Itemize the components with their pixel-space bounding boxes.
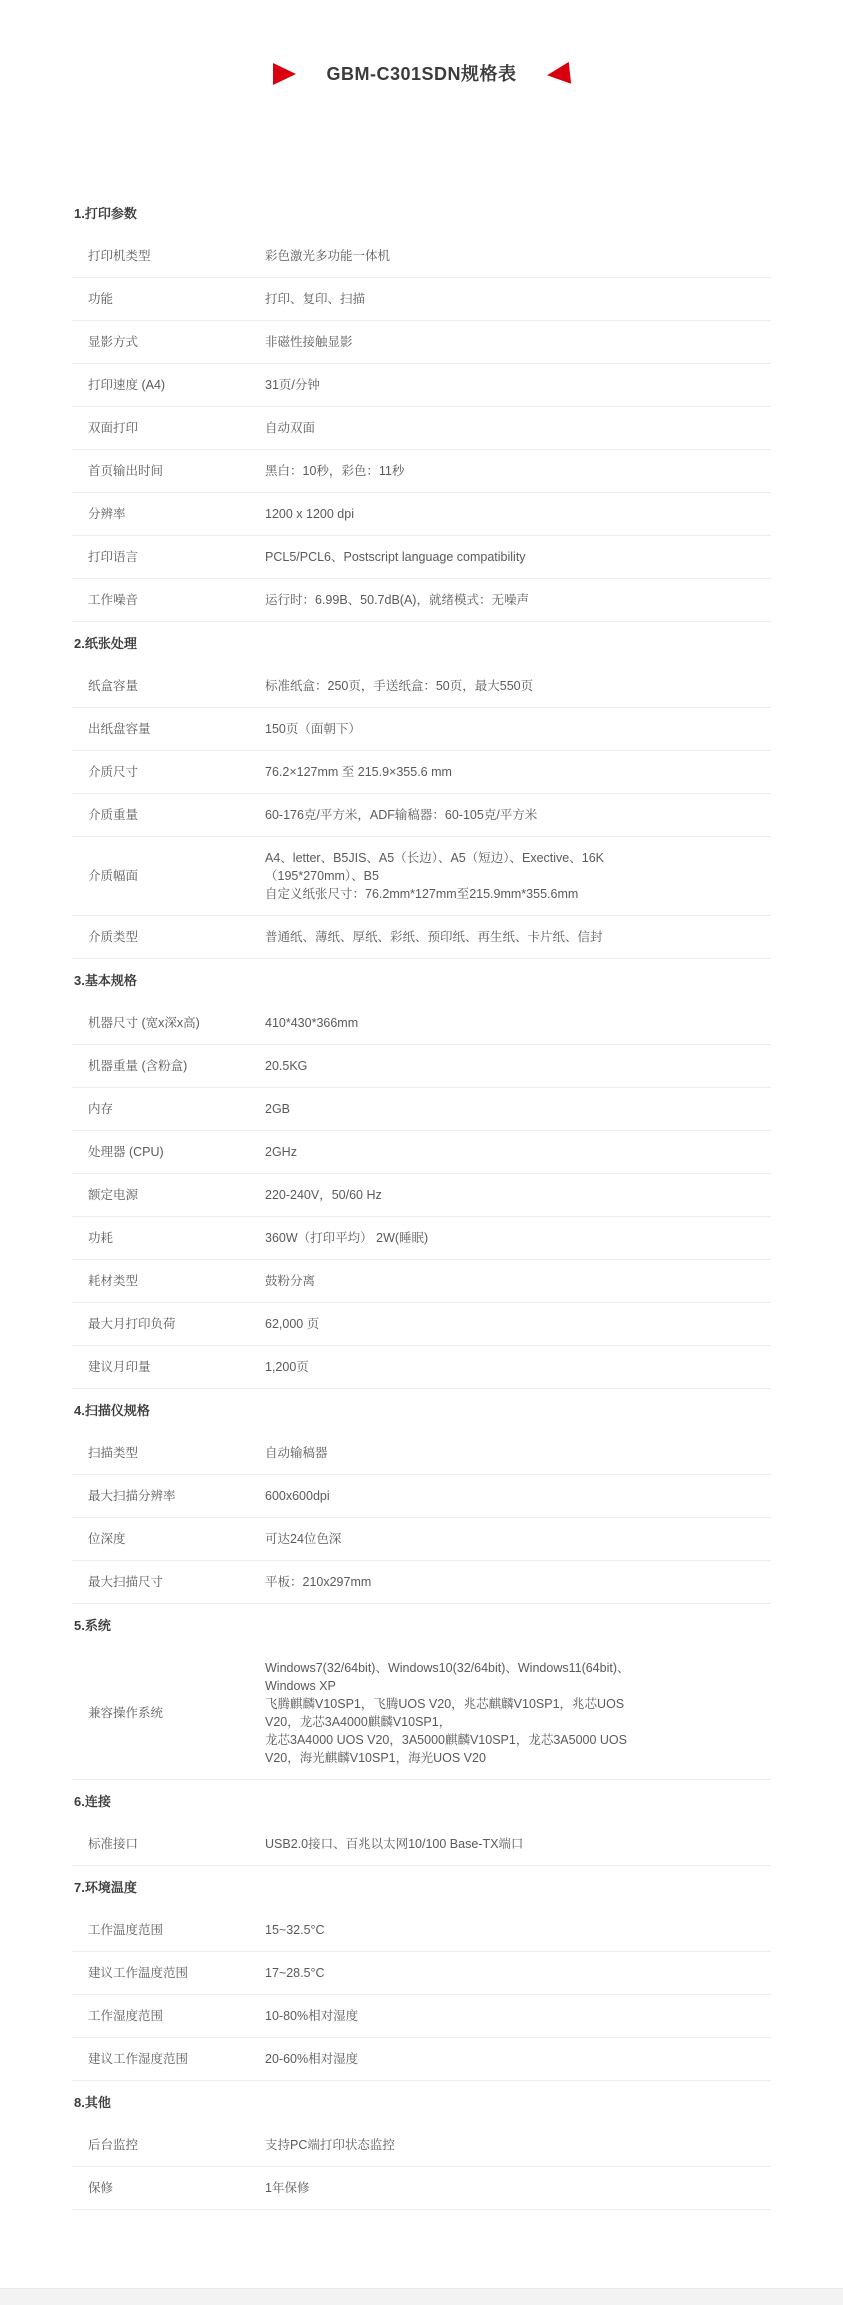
section-heading: 3.基本规格 xyxy=(72,959,771,1002)
spec-label: 打印机类型 xyxy=(72,247,265,265)
spec-value: 普通纸、薄纸、厚纸、彩纸、预印纸、再生纸、卡片纸、信封 xyxy=(265,928,771,946)
spec-label: 首页输出时间 xyxy=(72,462,265,480)
spec-value: 平板：210x297mm xyxy=(265,1573,771,1591)
spec-row: 功能 打印、复印、扫描 xyxy=(72,278,771,321)
spec-value: 410*430*366mm xyxy=(265,1014,771,1032)
spec-label: 耗材类型 xyxy=(72,1272,265,1290)
spec-value: 黑白：10秒，彩色：11秒 xyxy=(265,462,771,480)
spec-row: 纸盒容量 标准纸盒：250页，手送纸盒：50页，最大550页 xyxy=(72,665,771,708)
spec-label: 后台监控 xyxy=(72,2136,265,2154)
spec-label: 双面打印 xyxy=(72,419,265,437)
spec-row: 显影方式 非磁性接触显影 xyxy=(72,321,771,364)
spec-row: 建议工作温度范围 17~28.5°C xyxy=(72,1952,771,1995)
spec-value: 2GHz xyxy=(265,1143,771,1161)
spec-label: 功能 xyxy=(72,290,265,308)
spec-label: 位深度 xyxy=(72,1530,265,1548)
spec-row: 标准接口 USB2.0接口、百兆以太网10/100 Base-TX端口 xyxy=(72,1823,771,1866)
spec-row: 介质尺寸 76.2×127mm 至 215.9×355.6 mm xyxy=(72,751,771,794)
spec-row: 打印机类型 彩色激光多功能一体机 xyxy=(72,235,771,278)
spec-value: 220-240V，50/60 Hz xyxy=(265,1186,771,1204)
spec-value: 运行时：6.99B、50.7dB(A)，就绪模式：无噪声 xyxy=(265,591,771,609)
spec-row: 兼容操作系统 Windows7(32/64bit)、Windows10(32/6… xyxy=(72,1647,771,1780)
spec-label: 工作温度范围 xyxy=(72,1921,265,1939)
spec-row: 机器重量 (含粉盒) 20.5KG xyxy=(72,1045,771,1088)
spec-label: 工作噪音 xyxy=(72,591,265,609)
spec-label: 处理器 (CPU) xyxy=(72,1143,265,1161)
spec-label: 功耗 xyxy=(72,1229,265,1247)
spec-label: 兼容操作系统 xyxy=(72,1704,265,1722)
spec-row: 机器尺寸 (宽x深x高) 410*430*366mm xyxy=(72,1002,771,1045)
spec-row: 出纸盘容量 150页（面朝下） xyxy=(72,708,771,751)
section-heading: 5.系统 xyxy=(72,1604,771,1647)
spec-value: 20.5KG xyxy=(265,1057,771,1075)
spec-label: 介质类型 xyxy=(72,928,265,946)
spec-section: 5.系统 兼容操作系统 Windows7(32/64bit)、Windows10… xyxy=(72,1604,771,1780)
spec-value: 彩色激光多功能一体机 xyxy=(265,247,771,265)
spec-row: 位深度 可达24位色深 xyxy=(72,1518,771,1561)
spec-row: 介质类型 普通纸、薄纸、厚纸、彩纸、预印纸、再生纸、卡片纸、信封 xyxy=(72,916,771,959)
spec-row: 打印语言 PCL5/PCL6、Postscript language compa… xyxy=(72,536,771,579)
spec-value: 打印、复印、扫描 xyxy=(265,290,771,308)
spec-value: 17~28.5°C xyxy=(265,1964,771,1982)
spec-value: USB2.0接口、百兆以太网10/100 Base-TX端口 xyxy=(265,1835,771,1853)
spec-value: 1年保修 xyxy=(265,2179,771,2197)
page-title: GBM-C301SDN规格表 xyxy=(326,62,516,86)
spec-value: Windows7(32/64bit)、Windows10(32/64bit)、W… xyxy=(265,1659,771,1767)
page-header: GBM-C301SDN规格表 xyxy=(0,0,843,86)
spec-row: 最大月打印负荷 62,000 页 xyxy=(72,1303,771,1346)
spec-label: 最大月打印负荷 xyxy=(72,1315,265,1333)
spec-row: 工作温度范围 15~32.5°C xyxy=(72,1909,771,1952)
spec-value: 76.2×127mm 至 215.9×355.6 mm xyxy=(265,763,771,781)
spec-value: 自动输稿器 xyxy=(265,1444,771,1462)
spec-label: 最大扫描分辨率 xyxy=(72,1487,265,1505)
spec-label: 建议月印量 xyxy=(72,1358,265,1376)
spec-value: 60-176克/平方米，ADF输稿器：60-105克/平方米 xyxy=(265,806,771,824)
spec-section: 3.基本规格 机器尺寸 (宽x深x高) 410*430*366mm 机器重量 (… xyxy=(72,959,771,1389)
spec-row: 后台监控 支持PC端打印状态监控 xyxy=(72,2124,771,2167)
spec-label: 纸盒容量 xyxy=(72,677,265,695)
spec-label: 工作湿度范围 xyxy=(72,2007,265,2025)
spec-table: 1.打印参数 打印机类型 彩色激光多功能一体机 功能 打印、复印、扫描 显影方式… xyxy=(72,192,771,2210)
section-rows: 工作温度范围 15~32.5°C 建议工作温度范围 17~28.5°C 工作湿度… xyxy=(72,1909,771,2081)
spec-label: 扫描类型 xyxy=(72,1444,265,1462)
section-rows: 标准接口 USB2.0接口、百兆以太网10/100 Base-TX端口 xyxy=(72,1823,771,1866)
title-right-triangle-icon xyxy=(545,62,570,86)
spec-value: 支持PC端打印状态监控 xyxy=(265,2136,771,2154)
spec-label: 保修 xyxy=(72,2179,265,2197)
spec-label: 介质重量 xyxy=(72,806,265,824)
spec-label: 建议工作温度范围 xyxy=(72,1964,265,1982)
spec-value: 1,200页 xyxy=(265,1358,771,1376)
spec-row: 额定电源 220-240V，50/60 Hz xyxy=(72,1174,771,1217)
bottom-strip xyxy=(0,2288,843,2305)
spec-value: 31页/分钟 xyxy=(265,376,771,394)
title-left-triangle-icon xyxy=(273,63,296,85)
spec-section: 2.纸张处理 纸盒容量 标准纸盒：250页，手送纸盒：50页，最大550页 出纸… xyxy=(72,622,771,959)
spec-row: 介质重量 60-176克/平方米，ADF输稿器：60-105克/平方米 xyxy=(72,794,771,837)
spec-label: 额定电源 xyxy=(72,1186,265,1204)
spec-row: 扫描类型 自动输稿器 xyxy=(72,1432,771,1475)
spec-row: 最大扫描尺寸 平板：210x297mm xyxy=(72,1561,771,1604)
spec-label: 分辨率 xyxy=(72,505,265,523)
spec-row: 最大扫描分辨率 600x600dpi xyxy=(72,1475,771,1518)
spec-label: 建议工作湿度范围 xyxy=(72,2050,265,2068)
spec-row: 工作噪音 运行时：6.99B、50.7dB(A)，就绪模式：无噪声 xyxy=(72,579,771,622)
spec-label: 介质尺寸 xyxy=(72,763,265,781)
spec-value: 1200 x 1200 dpi xyxy=(265,505,771,523)
spec-row: 建议工作湿度范围 20-60%相对湿度 xyxy=(72,2038,771,2081)
spec-section: 6.连接 标准接口 USB2.0接口、百兆以太网10/100 Base-TX端口 xyxy=(72,1780,771,1866)
spec-row: 保修 1年保修 xyxy=(72,2167,771,2210)
spec-label: 显影方式 xyxy=(72,333,265,351)
spec-value: 标准纸盒：250页，手送纸盒：50页，最大550页 xyxy=(265,677,771,695)
spec-value: 10-80%相对湿度 xyxy=(265,2007,771,2025)
spec-label: 最大扫描尺寸 xyxy=(72,1573,265,1591)
spec-value: 360W（打印平均） 2W(睡眠) xyxy=(265,1229,771,1247)
section-rows: 打印机类型 彩色激光多功能一体机 功能 打印、复印、扫描 显影方式 非磁性接触显… xyxy=(72,235,771,622)
spec-label: 出纸盘容量 xyxy=(72,720,265,738)
spec-label: 内存 xyxy=(72,1100,265,1118)
spec-row: 介质幅面 A4、letter、B5JIS、A5（长边）、A5（短边）、Exect… xyxy=(72,837,771,916)
section-heading: 2.纸张处理 xyxy=(72,622,771,665)
spec-value: 20-60%相对湿度 xyxy=(265,2050,771,2068)
spec-row: 打印速度 (A4) 31页/分钟 xyxy=(72,364,771,407)
spec-value: A4、letter、B5JIS、A5（长边）、A5（短边）、Exective、1… xyxy=(265,849,771,903)
spec-row: 功耗 360W（打印平均） 2W(睡眠) xyxy=(72,1217,771,1260)
spec-value: 15~32.5°C xyxy=(265,1921,771,1939)
spec-row: 耗材类型 鼓粉分离 xyxy=(72,1260,771,1303)
section-heading: 6.连接 xyxy=(72,1780,771,1823)
spec-section: 7.环境温度 工作温度范围 15~32.5°C 建议工作温度范围 17~28.5… xyxy=(72,1866,771,2081)
section-heading: 7.环境温度 xyxy=(72,1866,771,1909)
spec-row: 工作湿度范围 10-80%相对湿度 xyxy=(72,1995,771,2038)
spec-row: 双面打印 自动双面 xyxy=(72,407,771,450)
spec-value: 600x600dpi xyxy=(265,1487,771,1505)
section-rows: 兼容操作系统 Windows7(32/64bit)、Windows10(32/6… xyxy=(72,1647,771,1780)
section-rows: 机器尺寸 (宽x深x高) 410*430*366mm 机器重量 (含粉盒) 20… xyxy=(72,1002,771,1389)
spec-row: 分辨率 1200 x 1200 dpi xyxy=(72,493,771,536)
section-heading: 4.扫描仪规格 xyxy=(72,1389,771,1432)
section-rows: 后台监控 支持PC端打印状态监控 保修 1年保修 xyxy=(72,2124,771,2210)
spec-label: 打印语言 xyxy=(72,548,265,566)
spec-value: 2GB xyxy=(265,1100,771,1118)
spec-section: 4.扫描仪规格 扫描类型 自动输稿器 最大扫描分辨率 600x600dpi 位深… xyxy=(72,1389,771,1604)
spec-value: 62,000 页 xyxy=(265,1315,771,1333)
spec-label: 介质幅面 xyxy=(72,867,265,885)
spec-section: 1.打印参数 打印机类型 彩色激光多功能一体机 功能 打印、复印、扫描 显影方式… xyxy=(72,192,771,622)
spec-row: 首页输出时间 黑白：10秒，彩色：11秒 xyxy=(72,450,771,493)
spec-page: GBM-C301SDN规格表 1.打印参数 打印机类型 彩色激光多功能一体机 功… xyxy=(0,0,843,2305)
spec-label: 标准接口 xyxy=(72,1835,265,1853)
section-heading: 8.其他 xyxy=(72,2081,771,2124)
section-heading: 1.打印参数 xyxy=(72,192,771,235)
spec-label: 打印速度 (A4) xyxy=(72,376,265,394)
section-rows: 扫描类型 自动输稿器 最大扫描分辨率 600x600dpi 位深度 可达24位色… xyxy=(72,1432,771,1604)
spec-value: 自动双面 xyxy=(265,419,771,437)
spec-value: 可达24位色深 xyxy=(265,1530,771,1548)
spec-value: PCL5/PCL6、Postscript language compatibil… xyxy=(265,548,771,566)
spec-label: 机器重量 (含粉盒) xyxy=(72,1057,265,1075)
spec-section: 8.其他 后台监控 支持PC端打印状态监控 保修 1年保修 xyxy=(72,2081,771,2210)
spec-row: 建议月印量 1,200页 xyxy=(72,1346,771,1389)
spec-value: 鼓粉分离 xyxy=(265,1272,771,1290)
section-rows: 纸盒容量 标准纸盒：250页，手送纸盒：50页，最大550页 出纸盘容量 150… xyxy=(72,665,771,959)
spec-row: 内存 2GB xyxy=(72,1088,771,1131)
spec-value: 非磁性接触显影 xyxy=(265,333,771,351)
spec-row: 处理器 (CPU) 2GHz xyxy=(72,1131,771,1174)
spec-label: 机器尺寸 (宽x深x高) xyxy=(72,1014,265,1032)
spec-value: 150页（面朝下） xyxy=(265,720,771,738)
